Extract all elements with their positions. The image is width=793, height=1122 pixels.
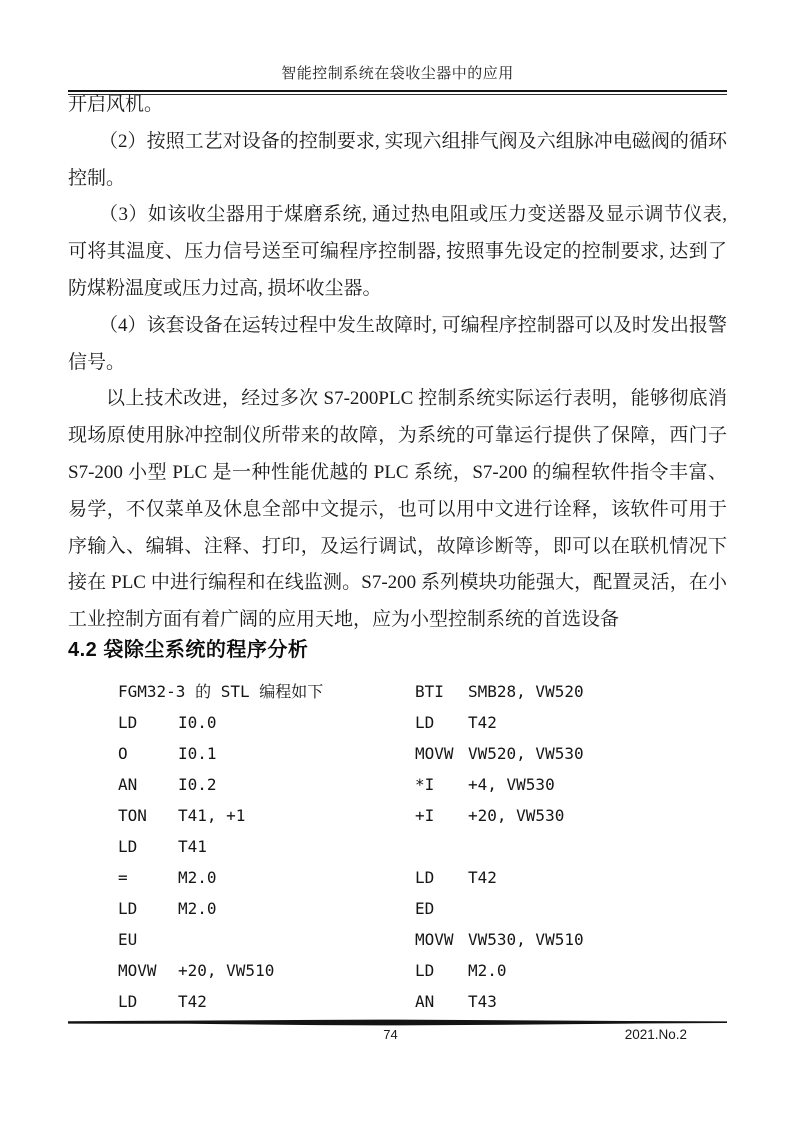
body-line: （3）如该收尘器用于煤磨系统, 通过热电阻或压力变送器及显示调节仪表,: [68, 197, 727, 234]
code-opcode-left: MOVW: [118, 955, 157, 986]
code-row: LDT41: [68, 831, 727, 862]
code-row: OI0.1MOVWVW520, VW530: [68, 738, 727, 769]
code-opcode-right: *I: [415, 769, 434, 800]
code-opcode-right: BTI: [415, 676, 444, 707]
code-row: FGM32-3 的 STL 编程如下BTISMB28, VW520: [68, 676, 727, 707]
body-text: 开启风机。（2）按照工艺对设备的控制要求, 实现六组排气阀及六组脉冲电磁阀的循环…: [68, 87, 727, 639]
code-opcode-left: AN: [118, 769, 137, 800]
code-operand-right: M2.0: [468, 955, 507, 986]
body-line: 防煤粉温度或压力过高, 损坏收尘器。: [68, 271, 727, 308]
code-operand-left: I0.1: [178, 738, 217, 769]
page-number: 74: [61, 1026, 720, 1044]
code-row: TONT41, +1+I+20, VW530: [68, 800, 727, 831]
body-line: （4）该套设备在运转过程中发生故障时, 可编程序控制器可以及时发出报警: [68, 308, 727, 345]
code-row: LDM2.0ED: [68, 893, 727, 924]
code-opcode-right: LD: [415, 707, 434, 738]
code-opcode-left: =: [118, 862, 128, 893]
issue-number: 2021.No.2: [625, 1026, 687, 1044]
code-row: ANI0.2*I+4, VW530: [68, 769, 727, 800]
body-line: 现场原使用脉冲控制仪所带来的故障，为系统的可靠运行提供了保障，西门子: [68, 418, 727, 455]
body-line: （2）按照工艺对设备的控制要求, 实现六组排气阀及六组脉冲电磁阀的循环: [68, 124, 727, 161]
body-line: 开启风机。: [68, 87, 727, 124]
code-opcode-left: TON: [118, 800, 147, 831]
body-line: 易学，不仅菜单及休息全部中文提示，也可以用中文进行诠释，该软件可用于程: [68, 492, 727, 529]
code-operand-left: T41: [178, 831, 207, 862]
code-intro: FGM32-3 的 STL 编程如下: [118, 676, 323, 707]
code-opcode-right: +I: [415, 800, 434, 831]
section-heading: 4.2 袋除尘系统的程序分析: [68, 636, 727, 664]
code-opcode-right: MOVW: [415, 738, 454, 769]
code-operand-left: M2.0: [178, 893, 217, 924]
code-operand-right: +20, VW530: [468, 800, 564, 831]
code-operand-left: T42: [178, 986, 207, 1017]
code-operand-left: I0.2: [178, 769, 217, 800]
code-opcode-right: AN: [415, 986, 434, 1017]
body-line: 信号。: [68, 345, 727, 382]
body-line: 控制。: [68, 161, 727, 198]
code-opcode-left: LD: [118, 893, 137, 924]
code-operand-left: +20, VW510: [178, 955, 274, 986]
code-opcode-left: O: [118, 738, 128, 769]
code-operand-left: T41, +1: [178, 800, 245, 831]
code-operand-left: I0.0: [178, 707, 217, 738]
body-line: 接在 PLC 中进行编程和在线监测。S7-200 系列模块功能强大，配置灵活，在…: [68, 565, 727, 602]
body-line: 可将其温度、压力信号送至可编程序控制器, 按照事先设定的控制要求, 达到了预: [68, 234, 727, 271]
footer-rule: [68, 1019, 727, 1026]
code-opcode-left: EU: [118, 924, 137, 955]
stl-code-listing: FGM32-3 的 STL 编程如下BTISMB28, VW520LDI0.0L…: [68, 676, 727, 1017]
code-operand-right: T42: [468, 707, 497, 738]
code-row: =M2.0LDT42: [68, 862, 727, 893]
code-operand-right: VW520, VW530: [468, 738, 584, 769]
code-opcode-left: LD: [118, 707, 137, 738]
body-line: 序输入、编辑、注释、打印，及运行调试，故障诊断等，即可以在联机情况下直: [68, 529, 727, 566]
code-row: EUMOVWVW530, VW510: [68, 924, 727, 955]
document-page: 智能控制系统在袋收尘器中的应用 开启风机。（2）按照工艺对设备的控制要求, 实现…: [0, 0, 793, 1122]
body-line: 工业控制方面有着广阔的应用天地，应为小型控制系统的首选设备: [68, 602, 727, 639]
code-operand-left: M2.0: [178, 862, 217, 893]
code-opcode-right: LD: [415, 862, 434, 893]
code-row: LDT42ANT43: [68, 986, 727, 1017]
code-operand-right: +4, VW530: [468, 769, 555, 800]
code-opcode-right: ED: [415, 893, 434, 924]
code-opcode-right: MOVW: [415, 924, 454, 955]
code-operand-right: T43: [468, 986, 497, 1017]
code-opcode-left: LD: [118, 831, 137, 862]
running-head-title: 智能控制系统在袋收尘器中的应用: [68, 63, 727, 85]
code-opcode-left: LD: [118, 986, 137, 1017]
code-operand-right: T42: [468, 862, 497, 893]
code-opcode-right: LD: [415, 955, 434, 986]
code-row: LDI0.0LDT42: [68, 707, 727, 738]
code-operand-right: VW530, VW510: [468, 924, 584, 955]
body-line: 以上技术改进，经过多次 S7-200PLC 控制系统实际运行表明，能够彻底消除: [68, 381, 727, 418]
code-operand-right: SMB28, VW520: [468, 676, 584, 707]
body-line: S7-200 小型 PLC 是一种性能优越的 PLC 系统，S7-200 的编程…: [68, 455, 727, 492]
code-row: MOVW+20, VW510LDM2.0: [68, 955, 727, 986]
